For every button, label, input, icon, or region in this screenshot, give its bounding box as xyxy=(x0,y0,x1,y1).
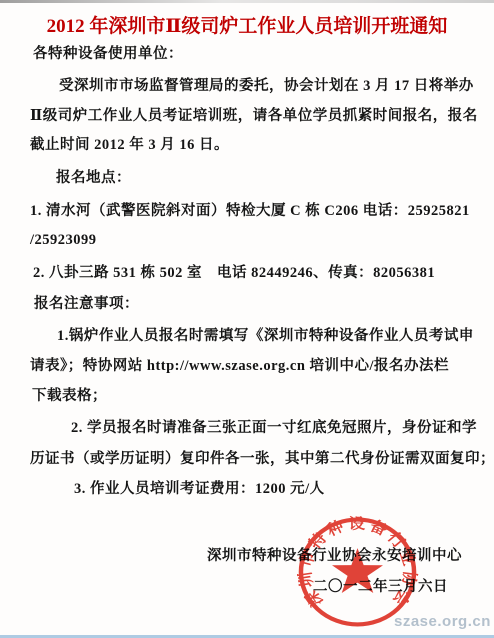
note-item-1: 1.锅炉作业人员报名时需填写《深圳市特种设备作业人员考试申 xyxy=(57,324,474,345)
salutation-line: 各特种设备使用单位： xyxy=(33,42,183,63)
scan-artifact-streak xyxy=(0,0,494,3)
location-item-1: 1. 清水河（武警医院斜对面）特检大厦 C 栋 C206 电话：25925821 xyxy=(30,199,470,220)
note-item-2: 2. 学员报名时请准备三张正面一寸红底免冠照片，身份证和学 xyxy=(71,416,477,437)
section-heading-signup-notes: 报名注意事项： xyxy=(34,292,139,313)
official-seal-stamp: 深圳市特种设备行业协会 xyxy=(296,515,419,629)
note-item-1-end: 下载表格； xyxy=(32,384,107,405)
seal-graphic: 深圳市特种设备行业协会 xyxy=(296,515,419,629)
note-item-2-continued: 历证书（或学历证明）复印件各一张，其中第二代身份证需双面复印； xyxy=(30,447,494,468)
section-heading-signup-location: 报名地点： xyxy=(56,166,131,187)
location-item-1-phone: /25923099 xyxy=(30,232,97,249)
paragraph-line: 受深圳市市场监督管理局的委托，协会计划在 3 月 17 日将举办 xyxy=(59,74,474,95)
document-title: 2012 年深圳市Ⅱ级司炉工作业人员培训开班通知 xyxy=(0,11,494,38)
seal-star-icon xyxy=(332,548,383,593)
note-item-3-fee: 3. 作业人员培训考证费用：1200 元/人 xyxy=(74,477,325,498)
notice-document: 2012 年深圳市Ⅱ级司炉工作业人员培训开班通知 各特种设备使用单位： 受深圳市… xyxy=(0,0,494,638)
note-item-1-continued: 请表》；特协网站 http://www.szase.org.cn 培训中心/报名… xyxy=(30,354,449,375)
location-item-2: 2. 八卦三路 531 栋 502 室 电话 82449246、传真：82056… xyxy=(33,261,435,282)
paragraph-line: Ⅱ级司炉工作业人员考证培训班，请各单位学员抓紧时间报名，报名 xyxy=(30,104,478,125)
paragraph-line: 截止时间 2012 年 3 月 16 日。 xyxy=(30,133,229,154)
